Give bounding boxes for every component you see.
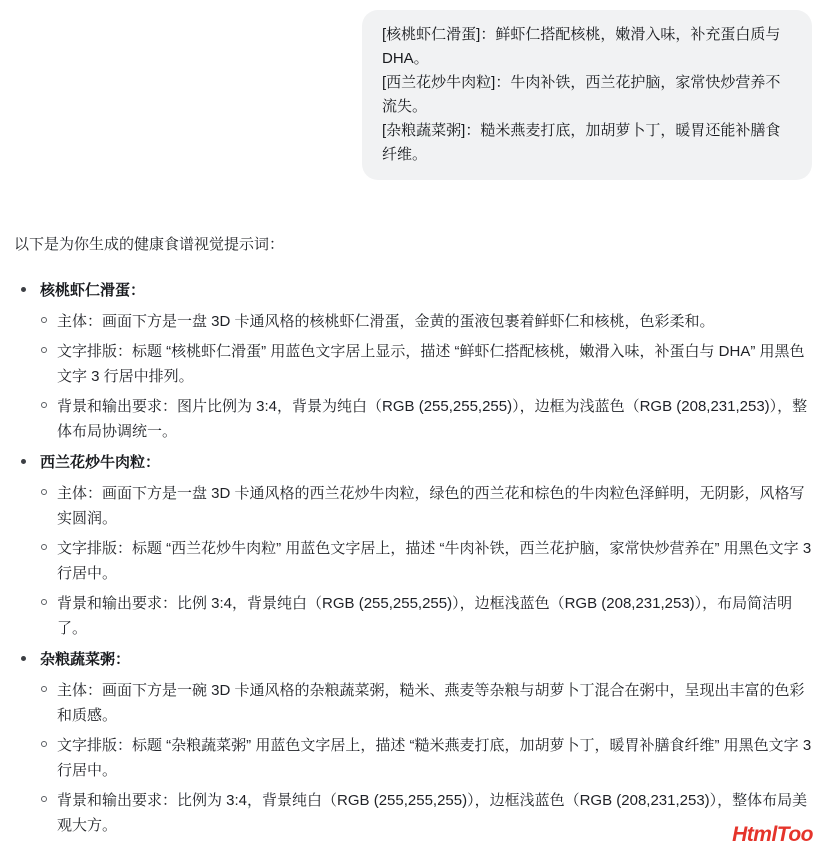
bullet-icon	[14, 647, 40, 661]
user-message-line: [杂粮蔬菜粥]：糙米燕麦打底，加胡萝卜丁，暖胃还能补膳食纤维。	[382, 119, 792, 167]
recipe-item-head: 核桃虾仁滑蛋：	[14, 278, 814, 303]
recipe-point-text: 背景和输出要求：比例为 3:4，背景纯白（RGB (255,255,255)），…	[57, 788, 814, 838]
recipe-point: 主体：画面下方是一盘 3D 卡通风格的核桃虾仁滑蛋，金黄的蛋液包裹着鲜虾仁和核桃…	[40, 309, 814, 334]
recipe-item: 西兰花炒牛肉粒： 主体：画面下方是一盘 3D 卡通风格的西兰花炒牛肉粒，绿色的西…	[14, 450, 814, 641]
recipe-point-text: 背景和输出要求：图片比例为 3:4，背景为纯白（RGB (255,255,255…	[57, 394, 814, 444]
recipe-point: 背景和输出要求：比例为 3:4，背景纯白（RGB (255,255,255)），…	[40, 788, 814, 838]
recipe-item: 杂粮蔬菜粥： 主体：画面下方是一碗 3D 卡通风格的杂粮蔬菜粥，糙米、燕麦等杂粮…	[14, 647, 814, 838]
assistant-intro-text: 以下是为你生成的健康食谱视觉提示词：	[14, 232, 814, 257]
user-message-line: [核桃虾仁滑蛋]：鲜虾仁搭配核桃，嫩滑入味，补充蛋白质与 DHA。	[382, 23, 792, 71]
circle-icon	[40, 309, 57, 323]
assistant-message: 以下是为你生成的健康食谱视觉提示词： 核桃虾仁滑蛋： 主体：画面下方是一盘 3D…	[0, 232, 828, 838]
recipe-point-text: 文字排版：标题 “西兰花炒牛肉粒” 用蓝色文字居上，描述 “牛肉补铁，西兰花护脑…	[57, 536, 814, 586]
recipe-point: 文字排版：标题 “杂粮蔬菜粥” 用蓝色文字居上，描述 “糙米燕麦打底，加胡萝卜丁…	[40, 733, 814, 783]
recipe-point: 背景和输出要求：图片比例为 3:4，背景为纯白（RGB (255,255,255…	[40, 394, 814, 444]
recipe-point-text: 主体：画面下方是一碗 3D 卡通风格的杂粮蔬菜粥，糙米、燕麦等杂粮与胡萝卜丁混合…	[57, 678, 814, 728]
user-message-line: [西兰花炒牛肉粒]：牛肉补铁，西兰花护脑，家常快炒营养不流失。	[382, 71, 792, 119]
circle-icon	[40, 788, 57, 802]
recipe-item-head: 杂粮蔬菜粥：	[14, 647, 814, 672]
recipe-point-text: 文字排版：标题 “核桃虾仁滑蛋” 用蓝色文字居上显示，描述 “鲜虾仁搭配核桃，嫩…	[57, 339, 814, 389]
recipe-item-title: 西兰花炒牛肉粒：	[40, 450, 814, 475]
bullet-icon	[14, 450, 40, 464]
recipe-item-head: 西兰花炒牛肉粒：	[14, 450, 814, 475]
recipe-point-text: 文字排版：标题 “杂粮蔬菜粥” 用蓝色文字居上，描述 “糙米燕麦打底，加胡萝卜丁…	[57, 733, 814, 783]
recipe-point: 主体：画面下方是一盘 3D 卡通风格的西兰花炒牛肉粒，绿色的西兰花和棕色的牛肉粒…	[40, 481, 814, 531]
recipe-point: 文字排版：标题 “核桃虾仁滑蛋” 用蓝色文字居上显示，描述 “鲜虾仁搭配核桃，嫩…	[40, 339, 814, 389]
circle-icon	[40, 733, 57, 747]
recipe-point-text: 主体：画面下方是一盘 3D 卡通风格的西兰花炒牛肉粒，绿色的西兰花和棕色的牛肉粒…	[57, 481, 814, 531]
circle-icon	[40, 339, 57, 353]
recipe-point: 主体：画面下方是一碗 3D 卡通风格的杂粮蔬菜粥，糙米、燕麦等杂粮与胡萝卜丁混合…	[40, 678, 814, 728]
user-message-bubble: [核桃虾仁滑蛋]：鲜虾仁搭配核桃，嫩滑入味，补充蛋白质与 DHA。 [西兰花炒牛…	[362, 10, 812, 180]
recipe-point-text: 背景和输出要求：比例 3:4，背景纯白（RGB (255,255,255)），边…	[57, 591, 814, 641]
bullet-icon	[14, 278, 40, 292]
recipe-point: 背景和输出要求：比例 3:4，背景纯白（RGB (255,255,255)），边…	[40, 591, 814, 641]
recipe-point: 文字排版：标题 “西兰花炒牛肉粒” 用蓝色文字居上，描述 “牛肉补铁，西兰花护脑…	[40, 536, 814, 586]
circle-icon	[40, 481, 57, 495]
recipe-item-title: 核桃虾仁滑蛋：	[40, 278, 814, 303]
recipe-item: 核桃虾仁滑蛋： 主体：画面下方是一盘 3D 卡通风格的核桃虾仁滑蛋，金黄的蛋液包…	[14, 278, 814, 444]
recipe-point-text: 主体：画面下方是一盘 3D 卡通风格的核桃虾仁滑蛋，金黄的蛋液包裹着鲜虾仁和核桃…	[57, 309, 814, 334]
circle-icon	[40, 591, 57, 605]
circle-icon	[40, 536, 57, 550]
circle-icon	[40, 678, 57, 692]
user-message-row: [核桃虾仁滑蛋]：鲜虾仁搭配核桃，嫩滑入味，补充蛋白质与 DHA。 [西兰花炒牛…	[0, 0, 828, 180]
recipe-item-title: 杂粮蔬菜粥：	[40, 647, 814, 672]
htmltoo-logo: HtmlToo	[732, 823, 813, 847]
circle-icon	[40, 394, 57, 408]
